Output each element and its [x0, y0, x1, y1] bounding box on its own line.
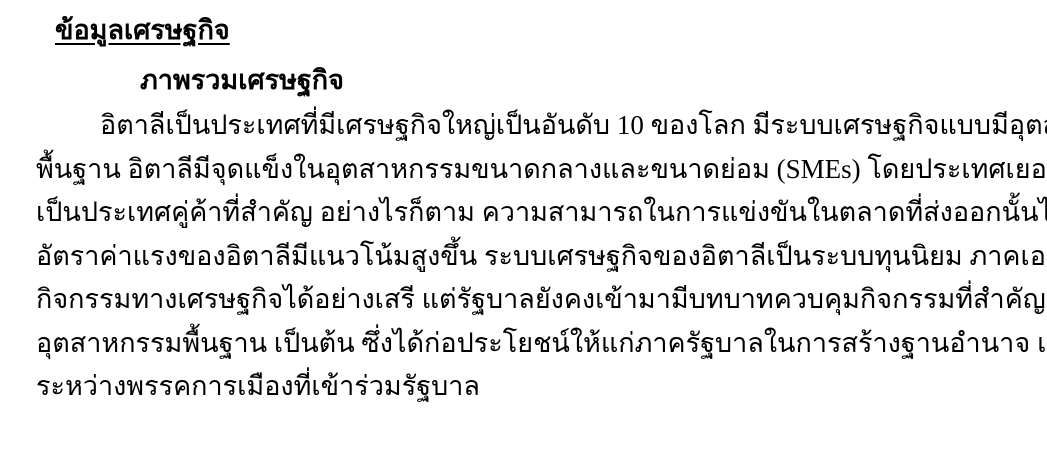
paragraph-line: กิจกรรมทางเศรษฐกิจได้อย่างเสรี แต่รัฐบาล…: [36, 278, 1017, 322]
paragraph-line: พื้นฐาน อิตาลีมีจุดแข็งในอุตสาหกรรมขนาดก…: [36, 148, 1017, 192]
paragraph-line: อัตราค่าแรงของอิตาลีมีแนวโน้มสูงขึ้น ระบ…: [36, 235, 1017, 279]
paragraph-line: ระหว่างพรรคการเมืองที่เข้าร่วมรัฐบาล: [36, 365, 1017, 409]
document-page: ข้อมูลเศรษฐกิจ ภาพรวมเศรษฐกิจ อิตาลีเป็น…: [0, 0, 1047, 457]
paragraph-line: อุตสาหกรรมพื้นฐาน เป็นต้น ซึ่งได้ก่อประโ…: [36, 322, 1017, 366]
paragraph-line: อิตาลีเป็นประเทศที่มีเศรษฐกิจใหญ่เป็นอัน…: [36, 104, 1017, 148]
document-title: ข้อมูลเศรษฐกิจ: [55, 8, 1017, 52]
section-heading: ภาพรวมเศรษฐกิจ: [140, 58, 1017, 102]
paragraph-line: เป็นประเทศคู่ค้าที่สำคัญ อย่างไรก็ตาม คว…: [36, 191, 1017, 235]
body-paragraph: อิตาลีเป็นประเทศที่มีเศรษฐกิจใหญ่เป็นอัน…: [36, 104, 1017, 409]
